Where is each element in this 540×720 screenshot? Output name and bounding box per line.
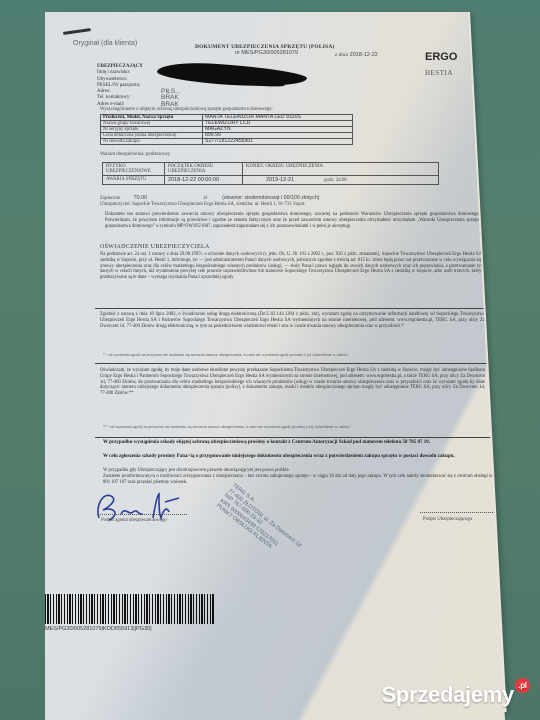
withdrawal-note: Zostałem poinformowany/a o możliwości zr…: [103, 474, 493, 486]
copy-label: Oryginał (dla klienta): [73, 40, 137, 47]
insured-signature-label: Podpis Ubezpieczającego: [423, 517, 472, 522]
table-row: RYZYKO UBEZPIECZENIOWE POCZĄTEK OKRESU U…: [103, 163, 439, 176]
pen-mark: [63, 28, 91, 35]
agent-signature-line: [97, 514, 187, 515]
consent-marketing: Oświadczam, że wyrażam zgodę, by moje da…: [100, 368, 485, 397]
consent-marketing-footnote: ** - od wyrażenia zgody na powyższe nie …: [103, 424, 488, 429]
company-stamp: TERG S.A. 77-400 ZŁOTÓW, ul. Za Dworcem …: [215, 482, 307, 564]
coverage-variant: Wariant ubezpieczenia: podstawowy: [100, 152, 170, 157]
claims-instructions: W celu zgłoszenia szkody prosimy Pana/-i…: [103, 454, 493, 460]
foreigner-law-note: W przypadku gdy Ubezpieczający jest obco…: [103, 468, 493, 474]
claims-contact: W przypadku wystąpienia szkody objętej o…: [103, 440, 493, 446]
document-number: nr MES/PG30/005281079: [235, 50, 298, 56]
barcode-text: MES/PG30/005281079|KOD655913||PG30|: [45, 626, 152, 632]
agent-signature-label: Podpis agenta ubezpieczeniowego: [101, 518, 167, 523]
payment-line: Zapłacono 70.00 zł (słownie: siedemdzies…: [100, 195, 320, 201]
pl-badge: .pl: [515, 678, 530, 693]
divider: [95, 308, 490, 309]
insured-signature-line: [420, 512, 505, 513]
equipment-table: Producent, Model, Nazwa SprzętuMANTA TEL…: [100, 114, 353, 145]
sprzedajemy-watermark: Sprzedajemy.pl: [382, 682, 530, 708]
consent-electronic-footnote: * - od wyrażenia zgody na powyższe nie u…: [103, 352, 488, 357]
table-row: AWARIA SPRZĘTU 2018-12-22 00:00:00 2019-…: [103, 176, 439, 185]
equipment-intro: Wyszczególnienie o objętym ochroną ubezp…: [100, 107, 273, 112]
insurance-policy-document: Oryginał (dla klienta) DOKUMENT UBEZPIEC…: [45, 12, 505, 720]
divider: [95, 363, 493, 364]
insurer-statement-text: Na podstawie art. 24 ust. 1 ustawy z dni…: [100, 252, 485, 281]
insurer-line: Ubezpieczyciel: Sopockie Towarzystwo Ube…: [100, 202, 305, 207]
ergo-hestia-logo: ERGO HESTIA: [425, 52, 457, 79]
coverage-table: RYZYKO UBEZPIECZENIOWE POCZĄTEK OKRESU U…: [102, 162, 439, 185]
document-date: z dnia 2018-12-22: [335, 52, 378, 58]
barcode: [45, 594, 215, 624]
consent-electronic: Zgodnie z ustawą z dnia 18 lipca 2002, o…: [100, 312, 485, 329]
table-row: Nr dowodu zakupuS277/181222456901: [101, 139, 353, 145]
divider: [95, 437, 495, 438]
insurer-statement-heading: OŚWIADCZENIE UBEZPIECZYCIELA: [100, 244, 210, 250]
confirmation-paragraph: Dokument ten stanowi potwierdzenie zawar…: [105, 212, 480, 229]
